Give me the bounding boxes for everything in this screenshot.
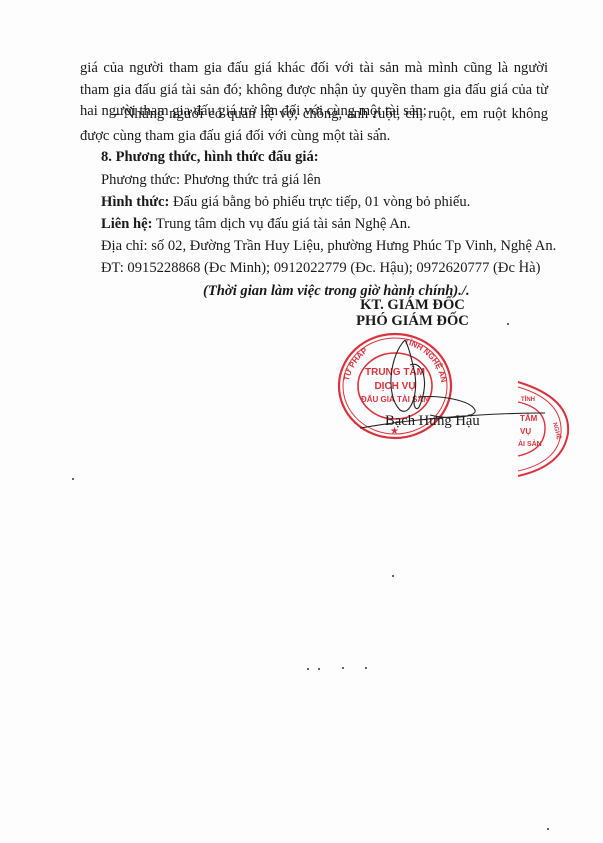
scan-speck: [318, 668, 320, 670]
scan-speck: [342, 667, 344, 669]
signature-title-2: PHÓ GIÁM ĐỐC: [345, 313, 480, 329]
section-8-heading: 8. Phương thức, hình thức đấu giá:: [101, 149, 319, 166]
scan-speck: [307, 668, 309, 670]
method-line: Phương thức: Phương thức trả giá lên: [101, 172, 321, 189]
scan-speck: [365, 667, 367, 669]
form-label: Hình thức:: [101, 194, 169, 210]
form-line: Hình thức: Đấu giá bằng bỏ phiếu trực ti…: [101, 194, 470, 211]
signer-name: Bạch Hưng Hậu: [385, 413, 480, 430]
address-line: Địa chỉ: số 02, Đường Trần Huy Liệu, phư…: [101, 238, 556, 255]
document-page: giá của người tham gia đấu giá khác đối …: [0, 0, 603, 843]
scan-speck: [507, 323, 509, 325]
svg-text:ÀI SẢN: ÀI SẢN: [518, 439, 542, 448]
scan-speck: [520, 260, 522, 262]
scan-speck: [72, 478, 74, 480]
scan-speck: [547, 828, 549, 830]
contact-line: Liên hệ: Trung tâm dịch vụ đấu giá tài s…: [101, 216, 411, 233]
phones-line: ĐT: 0915228868 (Đc Minh); 0912022779 (Đc…: [101, 260, 540, 277]
contact-label: Liên hệ:: [101, 216, 152, 232]
scan-speck: [378, 128, 380, 130]
contact-value: Trung tâm dịch vụ đấu giá tài sản Nghệ A…: [152, 216, 410, 232]
signature-title-1: KT. GIÁM ĐỐC: [345, 297, 480, 313]
form-value: Đấu giá bằng bỏ phiếu trực tiếp, 01 vòng…: [169, 194, 470, 210]
scan-speck: [392, 575, 394, 577]
relatives-paragraph: - Những người có quan hệ vợ, chồng, anh …: [80, 104, 548, 147]
